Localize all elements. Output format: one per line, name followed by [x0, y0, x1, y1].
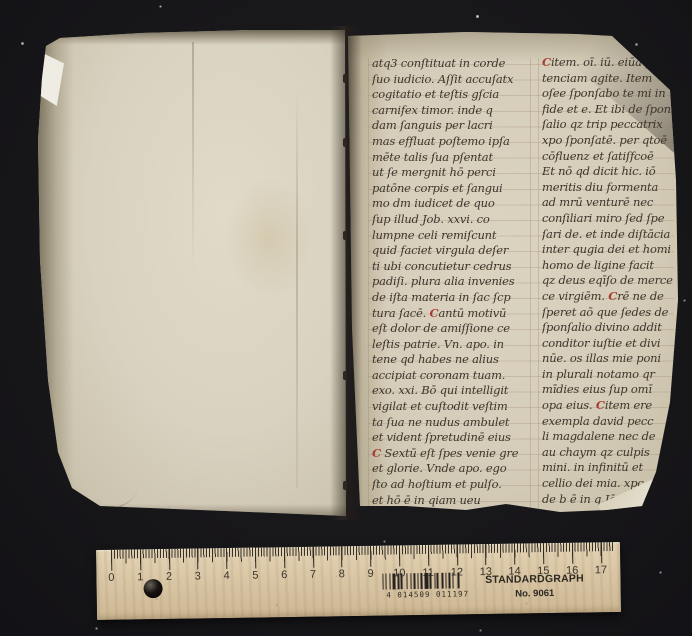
cm-number: 8 — [339, 568, 345, 580]
left-page-top-edge-stain — [34, 28, 346, 45]
text-column-2: Citem. oī. iū. eiūa pentenciam agite. It… — [542, 55, 680, 507]
rubric-mark: C — [596, 398, 605, 412]
half-centimeter-ticks — [111, 542, 613, 564]
text-column-1: atq3 conſtituat in cordeſuo iudicio. Aſſ… — [372, 56, 534, 508]
cm-number: 3 — [195, 570, 201, 582]
cm-number: 5 — [252, 570, 258, 582]
manuscript-line: leſtis patrie. Vn. apo. in — [372, 337, 534, 353]
manuscript-line: qz deus eqīſo de merce — [542, 273, 680, 289]
manuscript-line: ad mrū venturē nec — [542, 195, 680, 211]
manuscript-line: li magdalene nec de — [542, 429, 680, 445]
manuscript-line: et hō ē in qiam ueu — [372, 493, 534, 509]
manuscript-line: ut ſe mergnit hō perci — [372, 165, 534, 181]
wooden-ruler: 01234567891011121314151617 4 014509 0111… — [96, 542, 621, 620]
parchment-crease — [192, 42, 194, 272]
dust-specks — [0, 0, 1, 1]
manuscript-left-page — [34, 28, 346, 520]
left-page-bottom-edge-stain — [34, 504, 346, 520]
manuscript-line: inter qugia dei et homi — [542, 242, 680, 258]
manuscript-line: lumpne celi remiſcunt — [372, 228, 534, 244]
manuscript-line: carnifex timor. inde q — [372, 103, 534, 119]
manuscript-line: tura ſacē. Cantū motivū — [372, 306, 534, 322]
manuscript-line: meritis diu formenta — [542, 180, 680, 196]
manuscript-line: atq3 conſtituat in corde — [372, 56, 534, 72]
photo-background: atq3 conſtituat in cordeſuo iudicio. Aſſ… — [0, 0, 692, 636]
manuscript-line: accipiat coronam tuam. — [372, 368, 534, 384]
manuscript-line: mēte talis ſua pſentat — [372, 150, 534, 166]
manuscript-line: in plurali notamo qr — [542, 367, 680, 383]
ruler-hole — [143, 579, 162, 598]
cm-number: 1 — [137, 571, 143, 583]
cm-number: 17 — [595, 564, 607, 576]
manuscript-line: exempla david pecc — [542, 414, 680, 430]
manuscript-line: nūe. os illas mie poni — [542, 351, 680, 367]
manuscript-line: mas effluat poſtemo ipſa — [372, 134, 534, 150]
manuscript-line: ſalio qz trip peccatrix — [542, 117, 680, 133]
barcode-digits: 4 014509 011197 — [377, 589, 479, 600]
manuscript-line: oſee ſponſabo te mi in — [542, 86, 680, 102]
manuscript-line: tenciam agite. Item — [542, 71, 680, 87]
manuscript-line: ſponſalio divino addit — [542, 320, 680, 336]
barcode — [382, 572, 472, 589]
manuscript-line: ti ubi concutietur cedrus — [372, 259, 534, 275]
column-guide-line — [368, 58, 369, 514]
rubric-mark: C — [542, 55, 551, 69]
rubric-mark: C — [608, 289, 617, 303]
manuscript-line: dam ſanguis per lacri — [372, 118, 534, 134]
manuscript-line: au chaym qz culpis — [542, 445, 680, 461]
manuscript-line: xpo ſponſatē. per qtoē — [542, 133, 680, 149]
manuscript-line: homo de ligine facit — [542, 258, 680, 274]
parchment-stain — [224, 178, 314, 298]
column-guide-line — [538, 58, 539, 514]
cm-number: 0 — [108, 572, 114, 584]
manuscript-line: de iſta materia in ſac ſcp — [372, 290, 534, 306]
manuscript-line: mini. in infinitū et — [542, 460, 680, 476]
manuscript-line: conſiliari miro ſed ſpe — [542, 211, 680, 227]
manuscript-line: et vident ſpretudinē eius — [372, 430, 534, 446]
manuscript-line: Et nō qd dicit hic. iō — [542, 164, 680, 180]
manuscript-line: quid faciet virgula deſer — [372, 243, 534, 259]
manuscript-line: eſt dolor de amiſſione ce — [372, 321, 534, 337]
manuscript-line: tene qd habes ne alius — [372, 352, 534, 368]
cm-number: 6 — [281, 569, 287, 581]
cm-number: 9 — [367, 568, 373, 580]
rubric-mark: C — [430, 306, 439, 320]
manuscript-line: cōfluenz et ſatiſfcoē — [542, 149, 680, 165]
manuscript-line: vigilat et cuſtodit veſtim — [372, 399, 534, 415]
manuscript-line: ſto ad hoſtium et pulſo. — [372, 477, 534, 493]
manuscript-line: ſari de. et inde diſtācia — [542, 227, 680, 243]
cm-number: 4 — [223, 570, 229, 582]
manuscript-line: conditor iuſtie et divi — [542, 336, 680, 352]
manuscript-line: cogitatio et teſtis gſcia — [372, 87, 534, 103]
manuscript-line: padiſi. plura alia invenies — [372, 274, 534, 290]
cm-number: 7 — [310, 569, 316, 581]
manuscript-line: C Sextū eſt ſpes venie gre — [372, 446, 534, 462]
manuscript-line: patōne corpis et ſangui — [372, 181, 534, 197]
manuscript-right-page: atq3 conſtituat in cordeſuo iudicio. Aſſ… — [346, 28, 680, 520]
ruler-model-label: No. 9061 — [485, 587, 585, 600]
manuscript-line: ſperet aō que ſedes de — [542, 305, 680, 321]
manuscript-line: ſup illud Job. xxvi. co — [372, 212, 534, 228]
manuscript-line: Citem. oī. iū. eiūa pen — [542, 55, 680, 71]
parchment-crease — [296, 88, 298, 488]
manuscript-line: opa eius. Citem ere — [542, 398, 680, 414]
rubric-mark: C — [372, 446, 381, 460]
manuscript-line: ta ſua ne nudus ambulet — [372, 415, 534, 431]
barcode-space — [459, 572, 461, 588]
manuscript-line: fide et e. Et ibi de ſpon — [542, 102, 680, 118]
manuscript-line: exo. xxi. Bō qui intelligit — [372, 383, 534, 399]
manuscript-line: ſuo iudicio. Aſſit accuſatx — [372, 72, 534, 88]
manuscript-line: et glorie. Vnde apo. ego — [372, 461, 534, 477]
manuscript-line: ce virgiēm. Crē ne de — [542, 289, 680, 305]
manuscript-line: mīdies eius ſup omī — [542, 382, 680, 398]
manuscript-line: mo dm iudicet de quo — [372, 196, 534, 212]
manuscript-line: cellio dei mia. xpc — [542, 476, 680, 492]
cm-number: 2 — [166, 571, 172, 583]
ruler-brand-label: STANDARDGRAPH — [484, 573, 584, 587]
